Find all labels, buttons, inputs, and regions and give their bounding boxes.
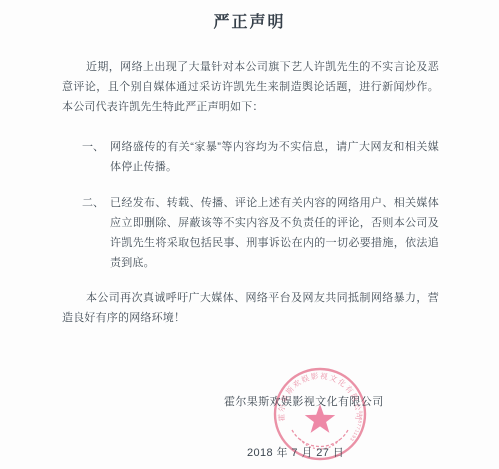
item-text: 已经发布、转载、传播、评论上述有关内容的网络用户、相关媒体应立即删除、屏蔽该等不… [110, 193, 439, 273]
statement-date: 2018 年 7 月 27 日 [247, 444, 344, 460]
closing-paragraph: 本公司再次真诚呼吁广大媒体、网络平台及网友共同抵制网络暴力，营造良好有序的网络环… [62, 288, 439, 328]
item-number: 二、 [82, 193, 110, 273]
company-signature: 霍尔果斯欢娱影视文化有限公司 [224, 393, 384, 409]
document-title: 严正声明 [0, 9, 499, 32]
statement-item-2: 二、 已经发布、转载、传播、评论上述有关内容的网络用户、相关媒体应立即删除、屏蔽… [82, 193, 439, 273]
item-number: 一、 [82, 137, 110, 177]
item-text: 网络盛传的有关“家暴”等内容均为不实信息，请广大网友和相关媒体停止传播。 [110, 137, 439, 177]
intro-paragraph: 近期，网络上出现了大量针对本公司旗下艺人许凯先生的不实言论及恶意评论，且个别自媒… [62, 57, 439, 117]
statement-item-1: 一、 网络盛传的有关“家暴”等内容均为不实信息，请广大网友和相关媒体停止传播。 [82, 137, 439, 177]
statement-document: 严正声明 近期，网络上出现了大量针对本公司旗下艺人许凯先生的不实言论及恶意评论，… [0, 0, 499, 469]
